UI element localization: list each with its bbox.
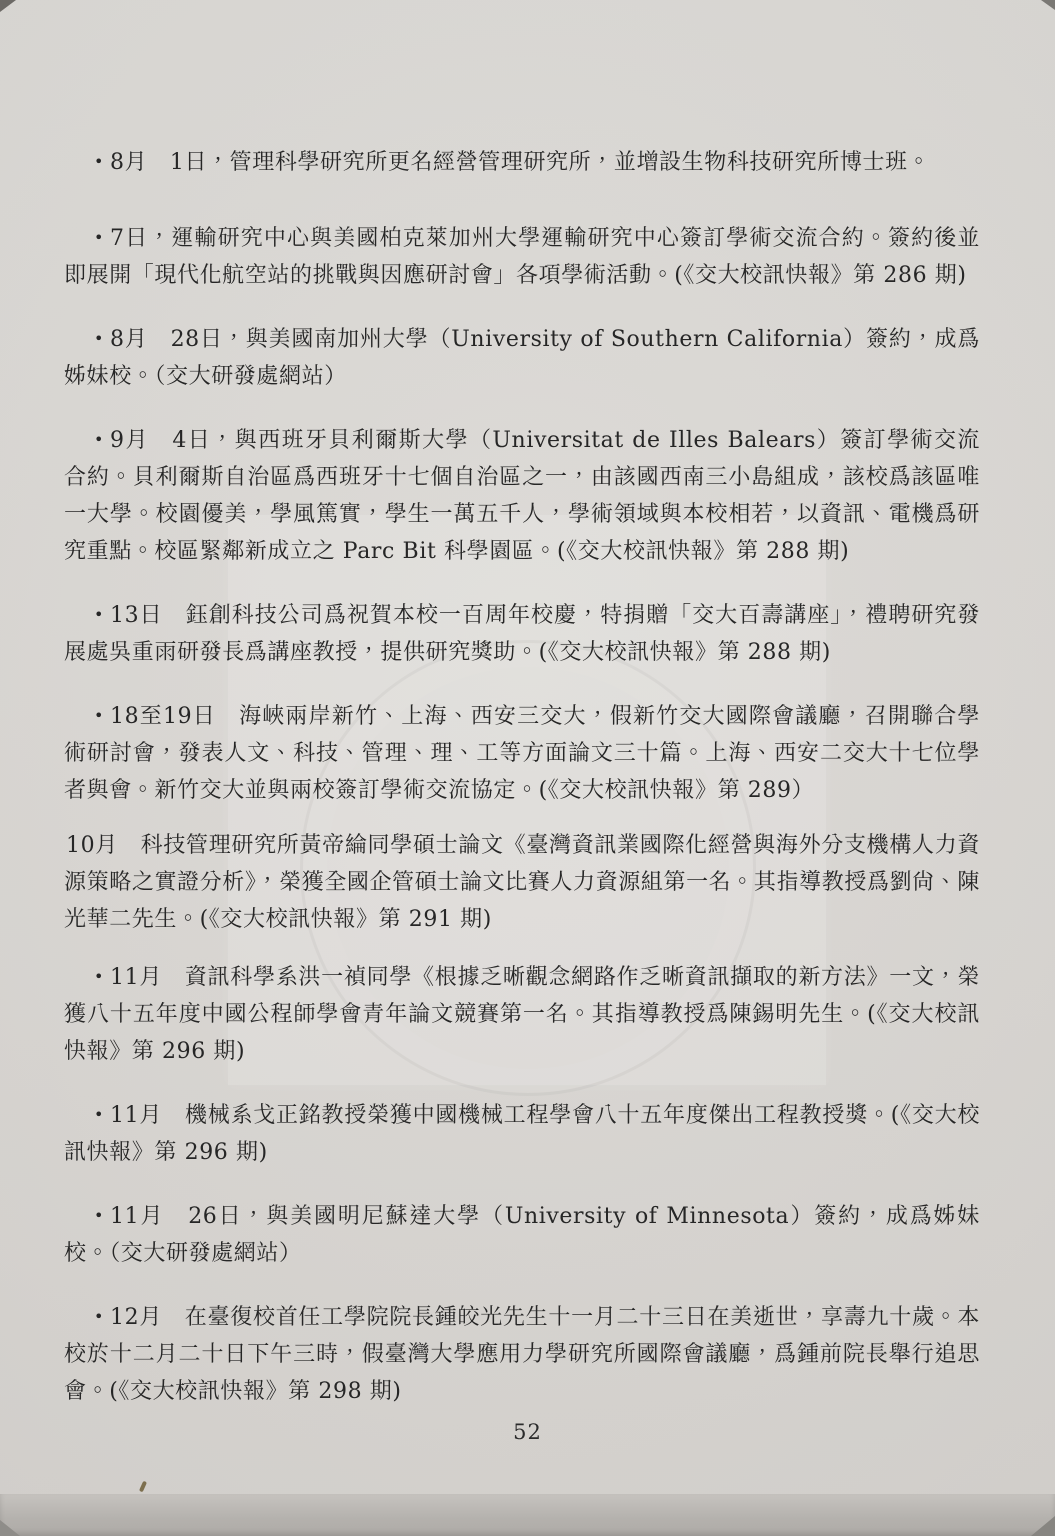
bullet-icon: • [79,596,104,633]
paragraph-text: 12月 在臺復校首任工學院院長鍾皎光先生十一月二十三日在美逝世，享壽九十歲。本校… [64,1305,980,1404]
paragraph-text: 13日 鈺創科技公司爲祝賀本校一百周年校慶，特捐贈「交大百壽講座」，禮聘研究發展… [64,603,980,665]
paragraph-text: 11月 26日，與美國明尼蘇達大學（University of Minnesot… [64,1204,980,1266]
bullet-icon: • [79,697,104,734]
bullet-icon: • [79,1298,104,1335]
paragraph: •9月 4日，與西班牙貝利爾斯大學（Universitat de Illes B… [64,421,980,570]
paragraph: •11月 機械系戈正銘教授榮獲中國機械工程學會八十五年度傑出工程教授獎。(《交大… [64,1096,980,1171]
paragraph: 10月 科技管理研究所黃帝綸同學碩士論文《臺灣資訊業國際化經營與海外分支機構人力… [64,827,980,938]
paragraph: •18至19日 海峽兩岸新竹、上海、西安三交大，假新竹交大國際會議廳，召開聯合學… [64,697,980,809]
scan-corner-artifact [0,0,16,12]
scanned-document-page: •8月 1日，管理科學研究所更名經營管理研究所，並增設生物科技研究所博士班。•7… [0,0,1055,1536]
bullet-icon: • [79,143,104,180]
bullet-icon: • [79,1096,104,1133]
paragraph-list: •8月 1日，管理科學研究所更名經營管理研究所，並增設生物科技研究所博士班。•7… [64,143,980,1436]
paragraph: •13日 鈺創科技公司爲祝賀本校一百周年校慶，特捐贈「交大百壽講座」，禮聘研究發… [64,596,980,671]
bullet-icon: • [79,958,104,995]
scanner-background-strip [0,1494,1055,1536]
bullet-icon: • [79,421,104,458]
paragraph: •8月 1日，管理科學研究所更名經營管理研究所，並增設生物科技研究所博士班。 [64,143,980,181]
paragraph-text: 10月 科技管理研究所黃帝綸同學碩士論文《臺灣資訊業國際化經營與海外分支機構人力… [64,833,980,932]
paragraph-text: 11月 機械系戈正銘教授榮獲中國機械工程學會八十五年度傑出工程教授獎。(《交大校… [64,1103,980,1165]
scan-corner-artifact [0,1520,20,1536]
paragraph-text: 7日，運輸研究中心與美國柏克萊加州大學運輸研究中心簽訂學術交流合約。簽約後並即展… [64,226,980,288]
bullet-icon: • [79,1197,104,1234]
page-number: 52 [0,1420,1055,1444]
bullet-icon: • [79,219,104,256]
paragraph: •8月 28日，與美國南加州大學（University of Southern … [64,320,980,395]
bullet-icon: • [79,320,104,357]
paragraph: •7日，運輸研究中心與美國柏克萊加州大學運輸研究中心簽訂學術交流合約。簽約後並即… [64,219,980,294]
paragraph-text: 18至19日 海峽兩岸新竹、上海、西安三交大，假新竹交大國際會議廳，召開聯合學術… [64,704,980,803]
paragraph: •11月 26日，與美國明尼蘇達大學（University of Minneso… [64,1197,980,1272]
scan-corner-artifact [1031,1516,1055,1536]
scan-corner-artifact [1041,0,1055,10]
paragraph-text: 11月 資訊科學系洪一禎同學《根據乏晰觀念網路作乏晰資訊擷取的新方法》一文，榮獲… [64,965,980,1064]
paragraph-text: 8月 1日，管理科學研究所更名經營管理研究所，並增設生物科技研究所博士班。 [110,150,930,175]
paragraph: •12月 在臺復校首任工學院院長鍾皎光先生十一月二十三日在美逝世，享壽九十歲。本… [64,1298,980,1410]
paragraph-text: 9月 4日，與西班牙貝利爾斯大學（Universitat de Illes Ba… [64,428,980,564]
paragraph-text: 8月 28日，與美國南加州大學（University of Southern C… [64,327,980,389]
paper-speck [139,1481,147,1493]
paragraph: •11月 資訊科學系洪一禎同學《根據乏晰觀念網路作乏晰資訊擷取的新方法》一文，榮… [64,958,980,1070]
